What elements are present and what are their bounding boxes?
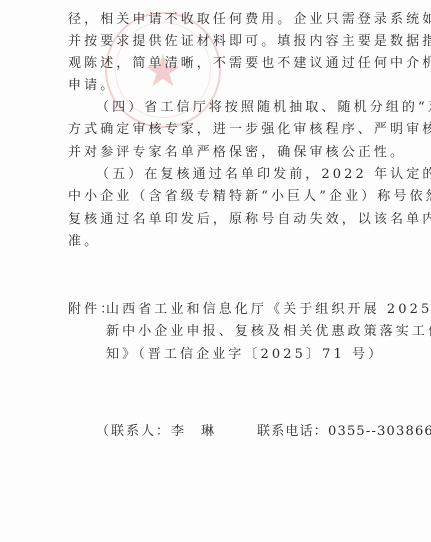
paragraph-four-line: （四）省工信厅将按照随机抽取、随机分组的“双随机” <box>96 100 431 116</box>
attachment-line: 知》（晋工信企业字〔2025〕71 号） <box>106 347 384 363</box>
body-text-line: 观陈述，简单清晰，不需要也不建议通过任何中介机构辅助 <box>68 56 431 72</box>
contact-person: （联系人：李 琳 <box>96 424 216 440</box>
paragraph-five-line: 准。 <box>68 234 100 250</box>
body-text-line: 径，相关申请不收取任何费用。企业只需登录系统如实填报， <box>68 12 431 28</box>
attachment-line: 山西省工业和信息化厅《关于组织开展 2025 年专精特 <box>106 302 431 318</box>
paragraph-four-line: 并对参评专家名单严格保密，确保审核公正性。 <box>68 145 406 161</box>
body-text-line: 并按要求提供佐证材料即可。填报内容主要是数据指标和客 <box>68 34 431 50</box>
attachment-line: 新中小企业申报、复核及相关优惠政策落实工作的通 <box>106 324 431 340</box>
body-text-line: 申请。 <box>68 78 116 94</box>
paragraph-five-line: 复核通过名单印发后，原称号自动失效，以该名单内企业为 <box>68 212 431 228</box>
paragraph-four-line: 方式确定审核专家，进一步强化审核程序、严明审核纪律， <box>68 122 431 138</box>
paragraph-five-line: （五）在复核通过名单印发前，2022 年认定的专精特新 <box>96 167 431 183</box>
contact-phone: 联系电话：0355--3038665） <box>257 424 431 440</box>
paragraph-five-line: 中小企业（含省级专精特新“小巨人”企业）称号依然有效； <box>68 189 431 205</box>
